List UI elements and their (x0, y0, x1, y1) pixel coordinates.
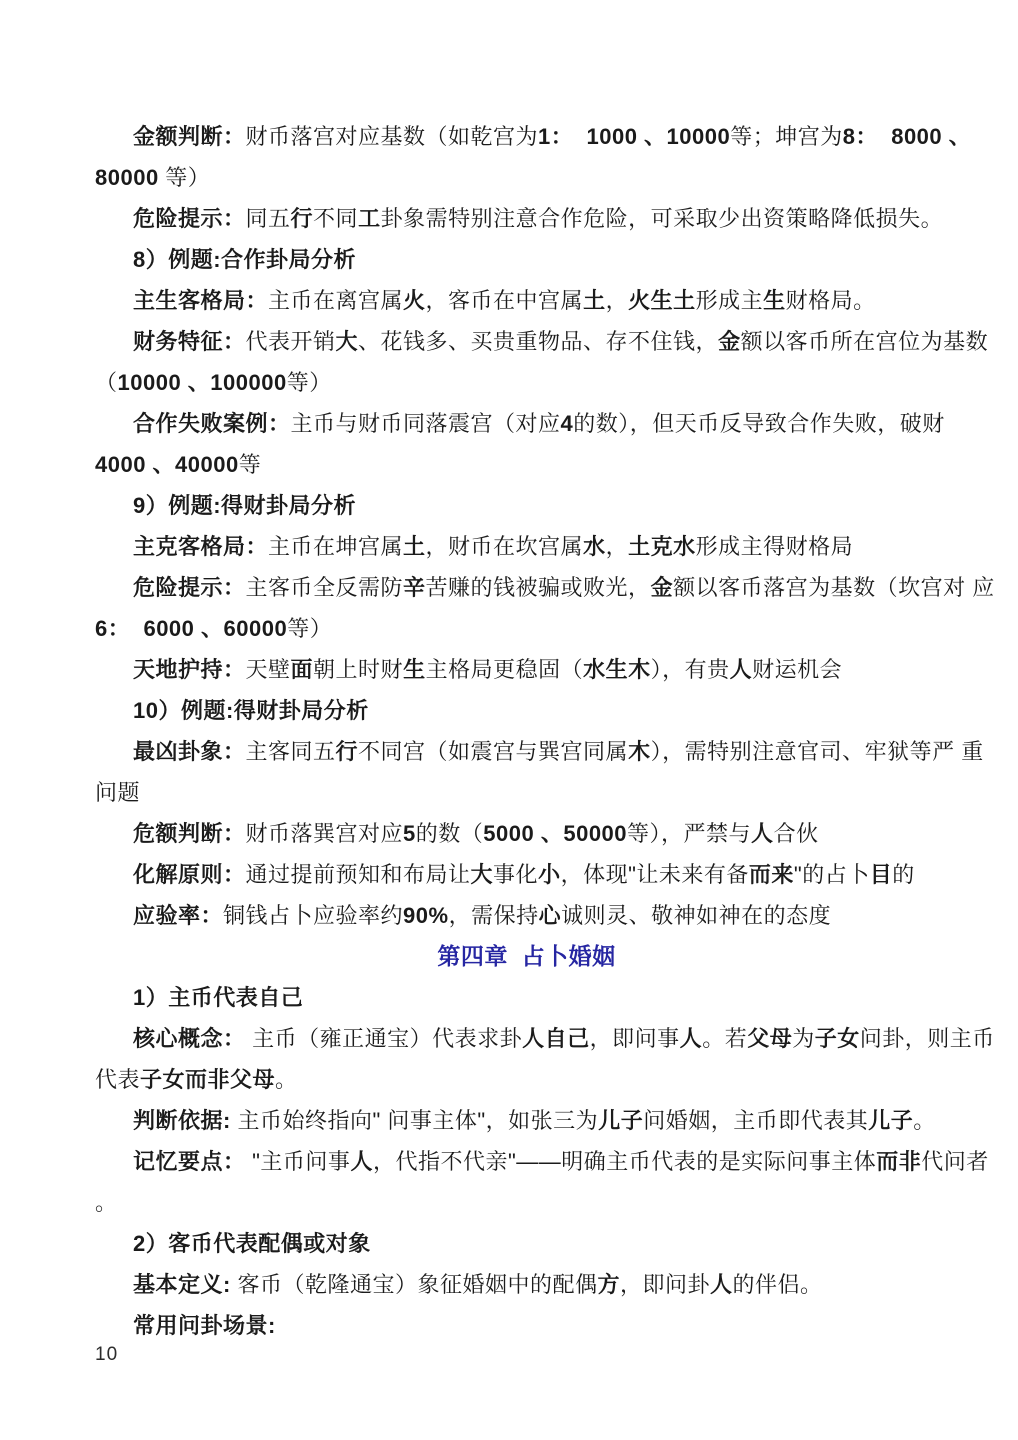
text-segment: 财币落巽宫对应 (246, 821, 404, 846)
text-segment: 等 (239, 452, 262, 477)
bold-text-segment: 面 (291, 657, 314, 682)
text-segment: 天壁 (246, 657, 291, 682)
bold-text-segment: 而来 (749, 862, 794, 887)
bold-text-segment: 金 (651, 575, 674, 600)
text-line: 主克客格局：主币在坤宫属土，财币在坎宫属水，土克水形成主得财格局 (95, 526, 958, 567)
text-segment: 问卦，则主币 (860, 1026, 995, 1051)
text-segment: （ (95, 370, 118, 395)
text-segment: 财格局。 (786, 288, 876, 313)
bold-text-segment: 财务特征： (133, 329, 246, 354)
text-segment: 苦赚的钱被骗或败光， (426, 575, 651, 600)
text-segment: 额以客币所在宫位为基数 (741, 329, 989, 354)
bold-text-segment: 子女 (815, 1026, 860, 1051)
text-line: 9）例题:得财卦局分析 (95, 485, 958, 526)
document-page: 金额判断：财币落宫对应基数（如乾宫为1： 1000 、10000等；坤宫为8： … (0, 0, 1018, 1440)
bold-text-segment: 火生土 (628, 288, 696, 313)
bold-text-segment: 记忆要点： (133, 1149, 252, 1174)
bold-text-segment: 行 (336, 739, 359, 764)
bold-text-segment: 而非 (876, 1149, 921, 1174)
bold-text-segment: 主克客格局： (133, 534, 268, 559)
bold-text-segment: 土 (583, 288, 606, 313)
text-line: 应验率：铜钱占卜应验率约90%，需保持心诚则灵、敬神如神在的态度 (95, 895, 958, 936)
bold-text-segment: 危险提示： (133, 206, 246, 231)
text-line: 4000 、40000等 (95, 444, 958, 485)
text-segment: ，即问卦 (620, 1272, 710, 1297)
text-segment: 代表 (95, 1067, 140, 1092)
text-segment: 主客币全反需防 (246, 575, 404, 600)
text-segment: 同五 (246, 206, 291, 231)
bold-text-segment: 金 (718, 329, 741, 354)
text-segment: 财运机会 (752, 657, 842, 682)
bold-text-segment: 大 (336, 329, 359, 354)
text-segment: 等；坤宫为 (730, 124, 843, 149)
text-segment: 。 (275, 1067, 298, 1092)
bold-text-segment: 方 (597, 1272, 620, 1297)
bold-text-segment: 人 (751, 821, 774, 846)
text-segment: 财币落宫对应基数（如乾宫为 (246, 124, 539, 149)
text-segment: 问婚姻，主币即代表其 (643, 1108, 868, 1133)
bold-text-segment: 金额判断： (133, 124, 246, 149)
bold-text-segment: 化解原则： (133, 862, 246, 887)
text-segment: 主客同五 (246, 739, 336, 764)
bold-text-segment: 土 (403, 534, 426, 559)
text-segment: ，即问事 (590, 1026, 680, 1051)
text-line: 最凶卦象：主客同五行不同宫（如震宫与巽宫同属木），需特别注意官司、牢狱等严 重 (95, 731, 958, 772)
text-segment: 为 (792, 1026, 815, 1051)
bold-text-segment: 4000 、40000 (95, 452, 239, 477)
bold-text-segment: 合作失败案例： (133, 411, 291, 436)
bold-text-segment: 80000 (95, 165, 165, 190)
bold-text-segment: 危险提示： (133, 575, 246, 600)
text-segment: 合伙 (774, 821, 819, 846)
text-segment: 形成主 (696, 288, 764, 313)
page-number: 10 (95, 1340, 118, 1370)
text-segment: 。若 (702, 1026, 747, 1051)
text-line: 代表子女而非父母。 (95, 1059, 958, 1100)
text-line: 危险提示：主客币全反需防辛苦赚的钱被骗或败光，金额以客币落宫为基数（坎宫对 应 (95, 567, 958, 608)
text-line: （10000 、100000等） (95, 362, 958, 403)
text-segment: 。 (913, 1108, 936, 1133)
text-line: 化解原则：通过提前预知和布局让大事化小，体现"让未来有备而来"的占卜目的 (95, 854, 958, 895)
text-line: 常用问卦场景: (95, 1305, 958, 1346)
text-segment: 不同 (313, 206, 358, 231)
bold-text-segment: 工 (358, 206, 381, 231)
bold-text-segment: 天地护持： (133, 657, 246, 682)
text-segment: "主币问事 (252, 1149, 350, 1174)
text-line: 危额判断：财币落巽宫对应5的数（5000 、50000等），严禁与人合伙 (95, 813, 958, 854)
bold-text-segment: 1： 1000 、10000 (538, 124, 730, 149)
bold-text-segment: 水 (583, 534, 606, 559)
text-line: 问题 (95, 772, 958, 813)
text-segment: ），需特别注意官司、牢狱等严 重 (651, 739, 984, 764)
bold-text-segment: 4 (561, 411, 574, 436)
text-segment: ， (606, 288, 629, 313)
bold-text-segment: 生 (763, 288, 786, 313)
bold-text-segment: 自己 (258, 985, 303, 1010)
text-segment: 通过提前预知和布局让 (246, 862, 471, 887)
text-segment: ，客币在中宫属 (426, 288, 584, 313)
bold-text-segment: 儿子 (598, 1108, 643, 1133)
text-line: 80000 等） (95, 157, 958, 198)
bold-text-segment: 心 (539, 903, 562, 928)
text-line: 判断依据: 主币始终指向" 问事主体"，如张三为儿子问婚姻，主币即代表其儿子。 (95, 1100, 958, 1141)
text-segment: 的伴侣。 (733, 1272, 823, 1297)
text-line: 金额判断：财币落宫对应基数（如乾宫为1： 1000 、10000等；坤宫为8： … (95, 116, 958, 157)
bold-text-segment: 核心概念： (133, 1026, 252, 1051)
bold-text-segment: 8）例题:合作卦局分析 (133, 247, 356, 272)
text-segment: 主币始终指向" 问事主体"，如张三为 (237, 1108, 598, 1133)
text-segment: 。 (95, 1190, 118, 1215)
text-segment: 代问者 (921, 1149, 989, 1174)
bold-text-segment: 大 (471, 862, 494, 887)
text-line: 核心概念： 主币（雍正通宝）代表求卦人自己，即问事人。若父母为子女问卦，则主币 (95, 1018, 958, 1059)
text-segment: 等） (165, 165, 210, 190)
text-line: 合作失败案例：主币与财币同落震宫（对应4的数），但天币反导致合作失败，破财 (95, 403, 958, 444)
text-segment: 朝上时财 (313, 657, 403, 682)
text-line: 10）例题:得财卦局分析 (95, 690, 958, 731)
bold-text-segment: 木 (628, 739, 651, 764)
text-line: 主生客格局：主币在离宫属火，客币在中宫属土，火生土形成主生财格局。 (95, 280, 958, 321)
bold-text-segment: 目 (870, 862, 893, 887)
text-segment: ），有贵 (651, 657, 730, 682)
bold-text-segment: 父母 (747, 1026, 792, 1051)
bold-text-segment: 10000 、100000 (118, 370, 287, 395)
text-segment: 问题 (95, 780, 140, 805)
text-segment: 主币在坤宫属 (268, 534, 403, 559)
text-segment: 卦象需特别注意合作危险，可采取少出资策略降低损失。 (381, 206, 944, 231)
bold-text-segment: 主生客格局： (133, 288, 268, 313)
text-segment: 诚则灵、敬神如神在的态度 (561, 903, 831, 928)
text-segment: 不同宫（如震宫与巽宫同属 (358, 739, 628, 764)
bold-text-segment: 90% (403, 903, 449, 928)
bold-text-segment: 子女而非父母 (140, 1067, 275, 1092)
bold-text-segment: 应验率： (133, 903, 223, 928)
document-body: 金额判断：财币落宫对应基数（如乾宫为1： 1000 、10000等；坤宫为8： … (95, 116, 958, 1346)
text-line: 天地护持：天壁面朝上时财生主格局更稳固（水生木），有贵人财运机会 (95, 649, 958, 690)
text-segment: 代表开销 (246, 329, 336, 354)
text-line: 基本定义: 客币（乾隆通宝）象征婚姻中的配偶方，即问卦人的伴侣。 (95, 1264, 958, 1305)
text-segment: "的占卜 (794, 862, 870, 887)
text-segment: ，体现"让未来有备 (561, 862, 749, 887)
text-segment: 额以客币落宫为基数（坎宫对 应 (673, 575, 995, 600)
text-line: 8）例题:合作卦局分析 (95, 239, 958, 280)
text-segment: 主币（雍正通宝）代表求卦 (252, 1026, 522, 1051)
bold-text-segment: 人 (350, 1149, 373, 1174)
bold-text-segment: 行 (291, 206, 314, 231)
bold-text-segment: 辛 (403, 575, 426, 600)
text-segment: 主币在离宫属 (268, 288, 403, 313)
text-segment: 事化 (493, 862, 538, 887)
bold-text-segment: 人 (730, 657, 753, 682)
text-line: 。 (95, 1182, 958, 1223)
text-segment: 等），严禁与 (627, 821, 751, 846)
text-segment: 的 (892, 862, 915, 887)
bold-text-segment: 最凶卦象： (133, 739, 246, 764)
text-segment: ，需保持 (449, 903, 539, 928)
text-line: 记忆要点： "主币问事人，代指不代亲"——明确主币代表的是实际问事主体而非代问者 (95, 1141, 958, 1182)
text-segment: 客币（乾隆通宝）象征婚姻中的配偶 (237, 1272, 597, 1297)
bold-text-segment: 人 (710, 1272, 733, 1297)
bold-text-segment: 土克水 (628, 534, 696, 559)
bold-text-segment: 2）客币代表配偶或对象 (133, 1231, 371, 1256)
text-segment: 的数（ (416, 821, 484, 846)
text-line: 2）客币代表配偶或对象 (95, 1223, 958, 1264)
bold-text-segment: 人自己 (522, 1026, 590, 1051)
bold-text-segment: 人 (680, 1026, 703, 1051)
bold-text-segment: 危额判断： (133, 821, 246, 846)
text-segment: ，代指不代亲"——明确主币代表的是实际问事主体 (373, 1149, 876, 1174)
bold-text-segment: 小 (538, 862, 561, 887)
bold-text-segment: 6： 6000 、60000 (95, 616, 287, 641)
bold-text-segment: 5 (403, 821, 416, 846)
bold-text-segment: 第四章 占卜婚姻 (437, 943, 615, 969)
text-segment: 、花钱多、买贵重物品、存不住钱， (358, 329, 718, 354)
text-segment: 主格局更稳固（ (426, 657, 584, 682)
bold-text-segment: 1）主币代表 (133, 985, 258, 1010)
text-line: 财务特征：代表开销大、花钱多、买贵重物品、存不住钱，金额以客币所在宫位为基数 (95, 321, 958, 362)
text-segment: 的数），但天币反导致合作失败，破财 (573, 411, 945, 436)
text-line: 6： 6000 、60000等） (95, 608, 958, 649)
bold-text-segment: 9）例题:得财卦局分析 (133, 493, 356, 518)
text-segment: 形成主得财格局 (696, 534, 854, 559)
bold-text-segment: 常用问卦场景: (133, 1313, 276, 1338)
text-line: 1）主币代表自己 (95, 977, 958, 1018)
bold-text-segment: 基本定义: (133, 1272, 237, 1297)
bold-text-segment: 判断依据: (133, 1108, 237, 1133)
text-line: 危险提示：同五行不同工卦象需特别注意合作危险，可采取少出资策略降低损失。 (95, 198, 958, 239)
text-segment: 等） (287, 370, 332, 395)
bold-text-segment: 5000 、50000 (483, 821, 627, 846)
text-segment: ， (606, 534, 629, 559)
text-segment: 等） (287, 616, 332, 641)
bold-text-segment: 火 (403, 288, 426, 313)
text-segment: 主币与财币同落震宫（对应 (291, 411, 561, 436)
bold-text-segment: 8： 8000 、 (843, 124, 972, 149)
bold-text-segment: 儿子 (868, 1108, 913, 1133)
bold-text-segment: 10）例题:得财卦局分析 (133, 698, 369, 723)
bold-text-segment: 水生木 (583, 657, 651, 682)
chapter-heading: 第四章 占卜婚姻 (95, 936, 958, 977)
bold-text-segment: 生 (403, 657, 426, 682)
text-segment: 铜钱占卜应验率约 (223, 903, 403, 928)
text-segment: ，财币在坎宫属 (426, 534, 584, 559)
